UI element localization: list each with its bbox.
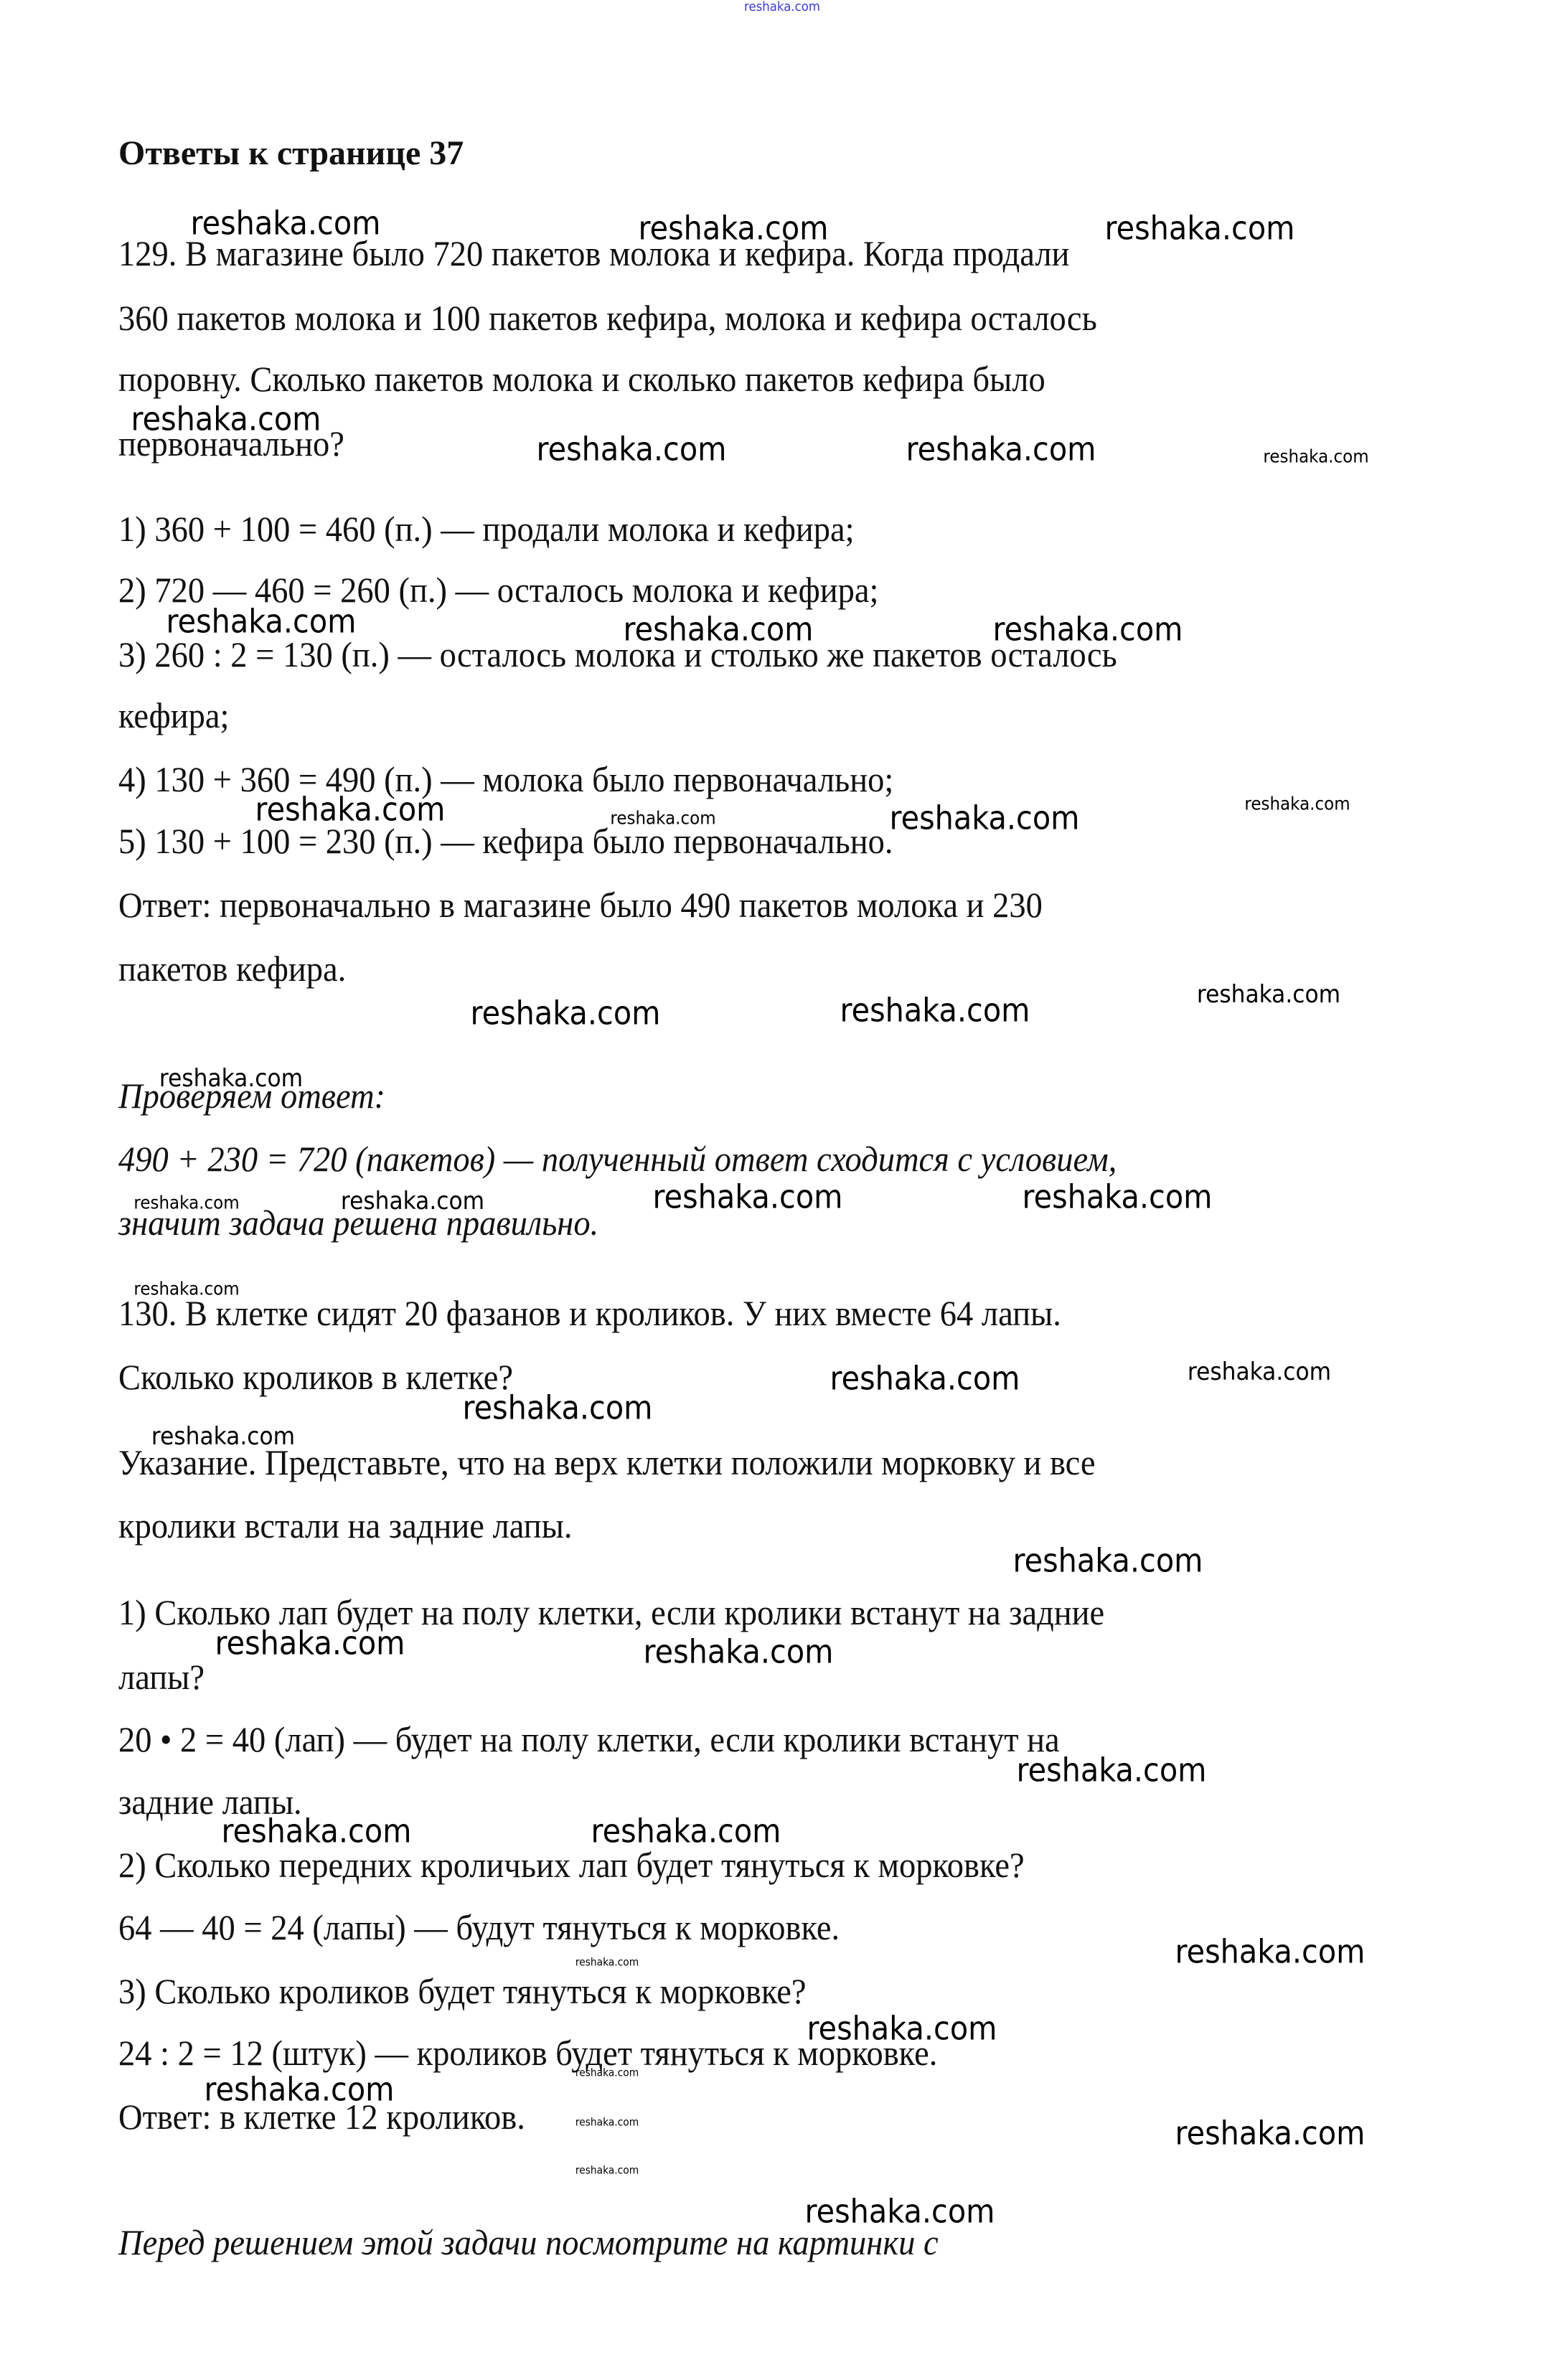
watermark: reshaka.com <box>1013 1545 1203 1577</box>
problem-129-line-3: поровну. Сколько пакетов молока и скольк… <box>118 361 1045 397</box>
problem-130-step-2-solution: 64 — 40 = 24 (лапы) — будут тянуться к м… <box>118 1909 840 1945</box>
problem-129-step-1: 1) 360 + 100 = 460 (п.) — продали молока… <box>118 511 855 547</box>
watermark: reshaka.com <box>1105 212 1295 245</box>
problem-129-answer-2: пакетов кефира. <box>118 951 346 987</box>
watermark: reshaka.com <box>205 2074 395 2106</box>
watermark: reshaka.com <box>166 606 357 638</box>
problem-130-step-1-solution: 20 • 2 = 40 (лап) — будет на полу клетки… <box>118 1721 1060 1757</box>
watermark: reshaka.com <box>624 613 814 646</box>
watermark: reshaka.com <box>1263 448 1368 466</box>
watermark: reshaka.com <box>807 2013 997 2045</box>
page-title: Ответы к странице 37 <box>118 136 464 171</box>
problem-129-answer-1: Ответ: первоначально в магазине было 490… <box>118 887 1043 923</box>
problem-129-step-3: 3) 260 : 2 = 130 (п.) — осталось молока … <box>118 636 1117 672</box>
watermark: reshaka.com <box>463 1392 653 1424</box>
watermark: reshaka.com <box>1023 1181 1213 1213</box>
problem-130-step-3-question: 3) Сколько кроликов будет тянуться к мор… <box>118 1973 807 2009</box>
watermark: reshaka.com <box>830 1363 1020 1395</box>
watermark: reshaka.com <box>890 802 1080 834</box>
watermark: reshaka.com <box>1244 795 1350 813</box>
watermark: reshaka.com <box>906 433 1096 466</box>
watermark: reshaka.com <box>1175 1936 1366 1968</box>
watermark: reshaka.com <box>653 1181 843 1213</box>
document-page: reshaka.com Ответы к странице 37 129. В … <box>0 0 1565 2380</box>
hint-line-2: кролики встали на задние лапы. <box>118 1508 572 1543</box>
watermark: reshaka.com <box>993 613 1183 646</box>
watermark: reshaka.com <box>151 1424 295 1449</box>
watermark: reshaka.com <box>159 1066 303 1091</box>
watermark: reshaka.com <box>1188 1360 1331 1384</box>
watermark: reshaka.com <box>133 1280 239 1298</box>
watermark: reshaka.com <box>644 1636 834 1668</box>
watermark: reshaka.com <box>341 1189 484 1213</box>
problem-129-step-5: 5) 130 + 100 = 230 (п.) — кефира было пе… <box>118 823 893 859</box>
problem-129-step-3-cont: кефира; <box>118 697 229 733</box>
watermark: reshaka.com <box>255 794 446 826</box>
problem-130-step-2-question: 2) Сколько передних кроличьих лап будет … <box>118 1847 1025 1883</box>
problem-130-step-1-question-cont: лапы? <box>118 1659 205 1695</box>
problem-129-line-2: 360 пакетов молока и 100 пакетов кефира,… <box>118 300 1097 336</box>
watermark: reshaka.com <box>471 997 661 1030</box>
watermark: reshaka.com <box>575 2068 639 2079</box>
watermark: reshaka.com <box>639 212 829 245</box>
problem-130-line-2: Сколько кроликов в клетке? <box>118 1359 513 1395</box>
watermark: reshaka.com <box>215 1627 405 1660</box>
watermark: reshaka.com <box>133 1194 239 1212</box>
problem-129-step-4: 4) 130 + 360 = 490 (п.) — молока было пе… <box>118 761 893 797</box>
watermark: reshaka.com <box>575 2117 639 2128</box>
watermark: reshaka.com <box>191 207 381 240</box>
watermark: reshaka.com <box>840 994 1030 1027</box>
watermark: reshaka.com <box>222 1815 412 1848</box>
check-line-1: 490 + 230 = 720 (пакетов) — полученный о… <box>118 1141 1117 1177</box>
watermark: reshaka.com <box>610 809 715 827</box>
watermark: reshaka.com <box>1197 982 1340 1007</box>
watermark: reshaka.com <box>805 2196 995 2228</box>
watermark: reshaka.com <box>1017 1754 1207 1787</box>
problem-130-line-1: 130. В клетке сидят 20 фазанов и кролико… <box>118 1295 1061 1331</box>
watermark: reshaka.com <box>575 1957 639 1968</box>
watermark: reshaka.com <box>1175 2117 1366 2150</box>
watermark: reshaka.com <box>591 1815 781 1848</box>
watermark: reshaka.com <box>575 2165 639 2176</box>
watermark: reshaka.com <box>131 403 321 436</box>
watermark: reshaka.com <box>537 433 727 466</box>
header-watermark: reshaka.com <box>744 1 820 14</box>
